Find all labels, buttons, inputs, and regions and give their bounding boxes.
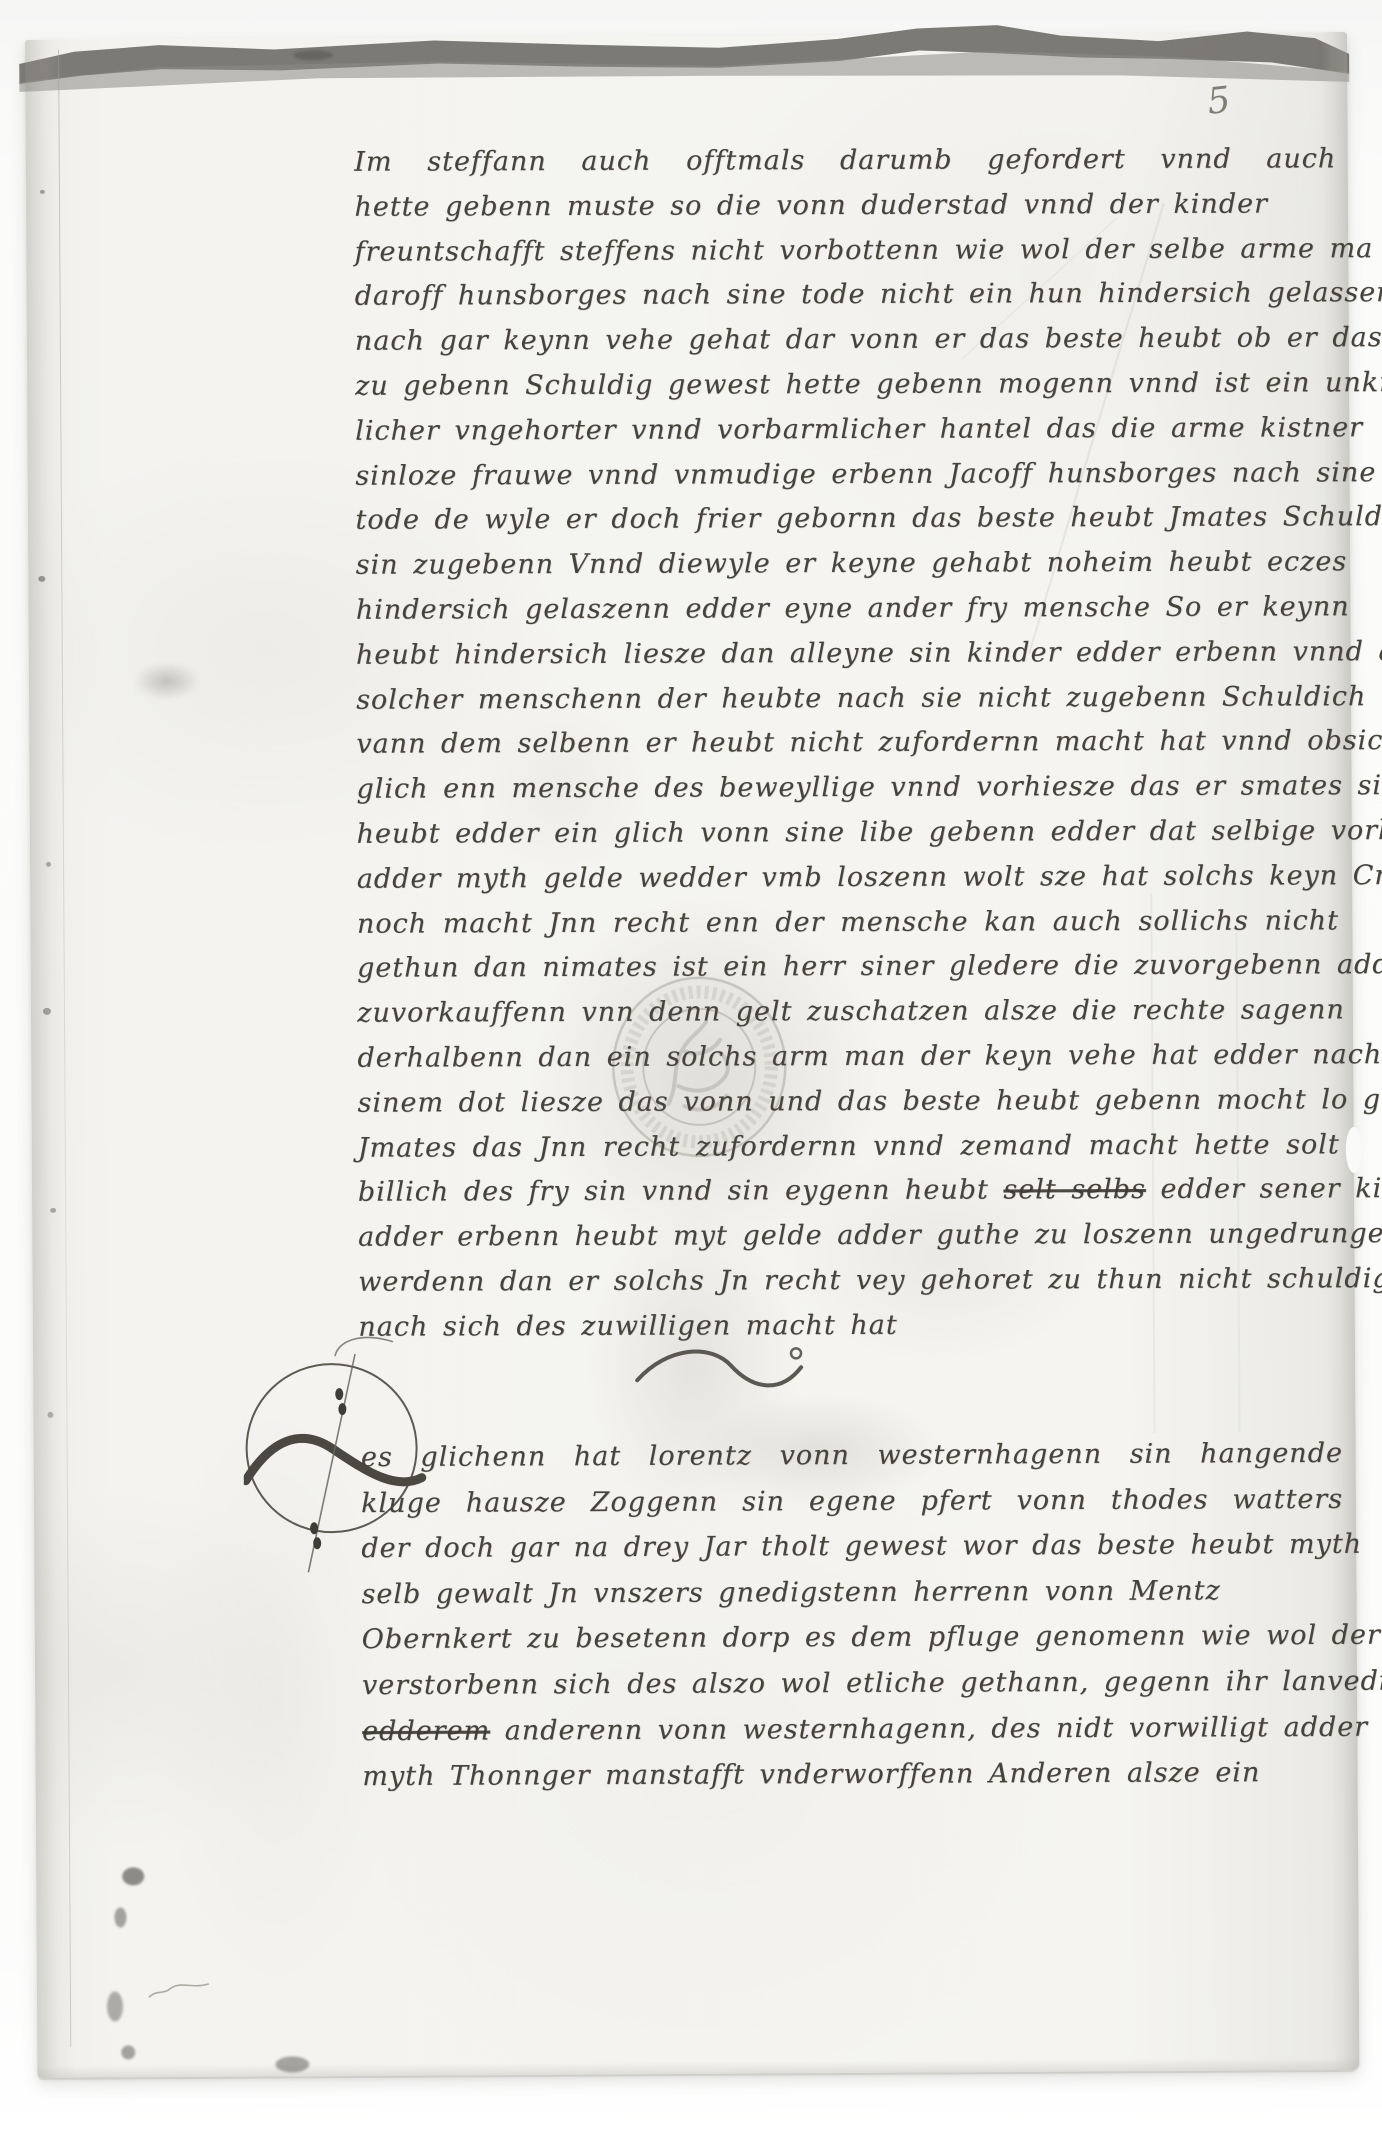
text-line: adder erbenn heubt myt gelde adder guthe…: [358, 1212, 1340, 1260]
paper-bottom-edge: [37, 2058, 1359, 2080]
ink-spot: [122, 1867, 144, 1885]
text-line: werdenn dan er solchs Jn recht vey gehor…: [358, 1257, 1340, 1305]
right-edge-notch: [1346, 1127, 1362, 1173]
text-line: licher vngehorter vnnd vorbarmlicher han…: [355, 406, 1337, 454]
text-line: gethun dan nimates ist ein herr siner gl…: [357, 944, 1339, 992]
ink-spot: [38, 576, 45, 582]
text-line: nach gar keynn vehe gehat dar vonn er da…: [355, 316, 1337, 364]
text-line: daroff hunsborges nach sine tode nicht e…: [355, 272, 1337, 320]
paper-torn-top-edge: [19, 16, 1353, 104]
text-line: zu gebenn Schuldig gewest hette gebenn m…: [355, 361, 1337, 409]
text-line: kluge hausze Zoggenn sin egene pfert von…: [361, 1476, 1343, 1526]
text-line: myth Thonnger manstafft vnderworffenn An…: [362, 1750, 1344, 1800]
text-line: glich enn mensche des beweyllige vnnd vo…: [356, 764, 1338, 812]
text-segment: edder sener kinde: [1146, 1173, 1382, 1205]
text-line: tode de wyle er doch frier gebornn das b…: [355, 496, 1337, 544]
text-line: heubt hindersich liesze dan alleyne sin …: [356, 630, 1338, 678]
text-line: noch macht Jnn recht enn der mensche kan…: [357, 899, 1339, 947]
ink-spot: [275, 2056, 309, 2072]
text-line: sinloze frauwe vnnd vnmudige erbenn Jaco…: [355, 451, 1337, 499]
text-segment: anderenn vonn westernhagenn, des nidt vo…: [490, 1711, 1368, 1746]
text-line: Im steffann auch offtmals darumb geforde…: [354, 137, 1336, 185]
ink-spot: [121, 2045, 135, 2059]
manuscript-page: 5 Im steffann auch offtmals darumb gefor…: [25, 32, 1359, 2078]
text-line: hette gebenn muste so die vonn duderstad…: [354, 182, 1336, 230]
text-line: solcher menschenn der heubte nach sie ni…: [356, 675, 1338, 723]
ink-spot: [107, 1991, 123, 2021]
text-line: Obernkert zu besetenn dorp es dem pfluge…: [362, 1613, 1344, 1663]
text-segment: billich des fry sin vnnd sin eygenn heub…: [358, 1175, 1004, 1208]
scan-background: 5 Im steffann auch offtmals darumb gefor…: [0, 0, 1382, 2139]
struck-text: selt selbs: [1003, 1174, 1146, 1205]
text-line: heubt edder ein glich vonn sine libe geb…: [357, 809, 1339, 857]
text-line: verstorbenn sich des alszo wol etliche g…: [362, 1659, 1344, 1709]
text-line: der doch gar na drey Jar tholt gewest wo…: [361, 1522, 1343, 1572]
text-line-with-strikethrough: edderem anderenn vonn westernhagenn, des…: [362, 1704, 1344, 1754]
ink-spot: [47, 1412, 53, 1418]
text-line: hindersich gelaszenn edder eyne ander fr…: [356, 585, 1338, 633]
ink-spot: [114, 1907, 126, 1927]
struck-text: edderem: [362, 1715, 490, 1747]
text-line: sinem dot liesze das vonn und das beste …: [357, 1078, 1339, 1126]
ink-spot: [293, 50, 333, 60]
text-line: Jmates das Jnn recht zufordernn vnnd zem…: [358, 1123, 1340, 1171]
text-line: nach sich des zuwilligen macht hat: [358, 1302, 1340, 1350]
paragraph-2: es glichenn hat lorentz vonn westernhage…: [361, 1431, 1345, 1800]
ink-spot: [46, 862, 51, 867]
pencil-scribble: [145, 1979, 215, 2005]
text-line: selb gewalt Jn vnszers gnedigstenn herre…: [361, 1568, 1343, 1618]
text-line: sin zugebenn Vnnd diewyle er keyne gehab…: [356, 540, 1338, 588]
text-line: derhalbenn dan ein solchs arm man der ke…: [357, 1033, 1339, 1081]
paragraph-1: Im steffann auch offtmals darumb geforde…: [354, 137, 1340, 1350]
page-number: 5: [1205, 80, 1232, 123]
ink-spot: [40, 190, 45, 194]
ink-spot: [50, 1208, 56, 1213]
text-line-with-strikethrough: billich des fry sin vnnd sin eygenn heub…: [358, 1168, 1340, 1216]
text-line: adder myth gelde wedder vmb loszenn wolt…: [357, 854, 1339, 902]
text-line: freuntschafft steffens nicht vorbottenn …: [355, 227, 1337, 275]
ink-spot: [43, 1008, 51, 1015]
text-line: vann dem selbenn er heubt nicht zuforder…: [356, 720, 1338, 768]
ink-smudge: [125, 657, 209, 706]
text-line: es glichenn hat lorentz vonn westernhage…: [361, 1431, 1343, 1481]
text-line: zuvorkauffenn vnn denn gelt zuschatzen a…: [357, 988, 1339, 1036]
